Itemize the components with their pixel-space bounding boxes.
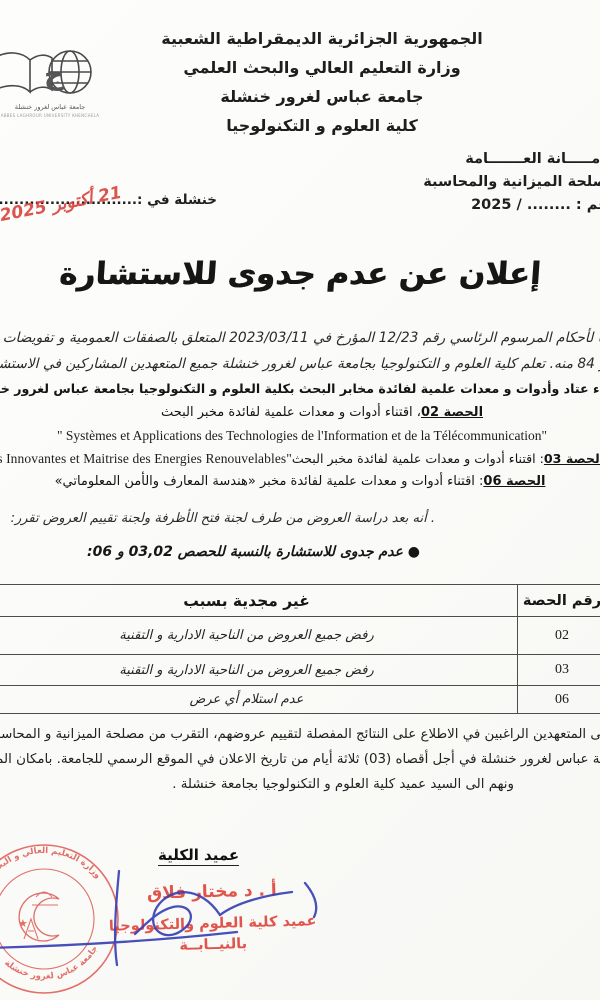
reason-cell: عدم استلام أي عرض [0,692,517,707]
lot-06-label: الحصة 06 [483,474,545,489]
body-line-1: طبقا لأحكام المرسوم الرئاسي رقم 12/23 ال… [0,330,600,346]
reference-number-line: رقم : ........ / 2025 [423,194,600,217]
table-row: 03 رفض جميع العروض من الناحية الادارية و… [0,654,600,685]
handwritten-signature-icon [0,855,465,985]
table-header-row: رقم الحصة غير مجدية بسبب [0,585,600,616]
ministry-line: وزارة التعليم العالي والبحث العلمي [44,53,600,82]
lot-02-line: الحصة 02، اقتناء أدوات و معدات علمية لفا… [22,405,600,420]
university-line: جامعة عباس لغرور خنشلة [44,82,600,111]
lot-number-cell: 06 [517,686,600,713]
lot-number-cell: 02 [517,617,600,654]
handwritten-date: 21 أكتوبر 2025 [0,183,123,226]
decision-bullet-line: ● عدم جدوى للاستشارة بالنسبة للحصص 03,02… [87,544,420,560]
admin-block: الأمـــــانة العـــــــامة مصلحة الميزان… [423,148,600,217]
lot-02-label: الحصة 02 [421,405,483,420]
reason-cell: رفض جميع العروض من الناحية الادارية و ال… [0,663,517,678]
lot-03-text: : اقتناء أدوات و معدات علمية لفائدة مخبر… [292,451,544,466]
lot-06-text: : اقتناء أدوات و معدات علمية لفائدة مخبر… [55,474,484,489]
body-line-2: و 84 منه. تعلم كلية العلوم و التكنولوجيا… [0,356,600,372]
footer-line-1: على المتعهدين الراغبين في الاطلاع على ال… [0,727,600,742]
decision-intro-line: . أنه بعد دراسة العروض من طرف لجنة فتح ا… [11,511,435,526]
reason-cell: رفض جميع العروض من الناحية الادارية و ال… [0,628,517,643]
results-table: رقم الحصة غير مجدية بسبب 02 رفض جميع الع… [0,584,600,714]
footer-line-2: بجامعة عباس لغرور خنشلة في أجل أقصاه (03… [0,752,600,767]
faculty-line: كلية العلوم و التكنولوجيا [44,111,600,140]
lot-03-line: الحصة 03: اقتناء أدوات و معدات علمية لفا… [0,451,600,467]
budget-service-line: مصلحة الميزانية والمحاسبة [423,171,600,194]
scanned-announcement-document: ج جامعة عباس لغرور خنشلة ABBES LAGHROUR … [0,0,600,1000]
lot-06-line: الحصة 06: اقتناء أدوات و معدات علمية لفا… [0,474,600,489]
general-secretariat-line: الأمـــــانة العـــــــامة [423,148,600,171]
announcement-title: إعلان عن عدم جدوى للاستشارة [0,256,600,292]
republic-line: الجمهورية الجزائرية الديمقراطية الشعبية [44,24,600,53]
lot-03-label: الحصة 03 [544,451,600,466]
letterhead: الجمهورية الجزائرية الديمقراطية الشعبية … [44,24,600,140]
lot-02-text: ، اقتناء أدوات و معدات علمية لفائدة مخبر… [161,405,421,420]
lot-number-cell: 03 [517,655,600,685]
table-row: 06 عدم استلام أي عرض [0,685,600,713]
consultation-subject: اقتناء عتاد وأدوات و معدات علمية لفائدة … [27,381,600,396]
footer-line-3: ونهم الى السيد عميد كلية العلوم و التكنو… [172,777,514,792]
table-row: 02 رفض جميع العروض من الناحية الادارية و… [0,616,600,654]
lot-02-french: " Systèmes et Applications des Technolog… [2,428,600,444]
lot-03-french: "LES Technologies Innovantes et Maitrise… [0,451,292,466]
column-header-reason: غير مجدية بسبب [0,592,517,610]
column-header-lot-number: رقم الحصة [517,585,600,616]
